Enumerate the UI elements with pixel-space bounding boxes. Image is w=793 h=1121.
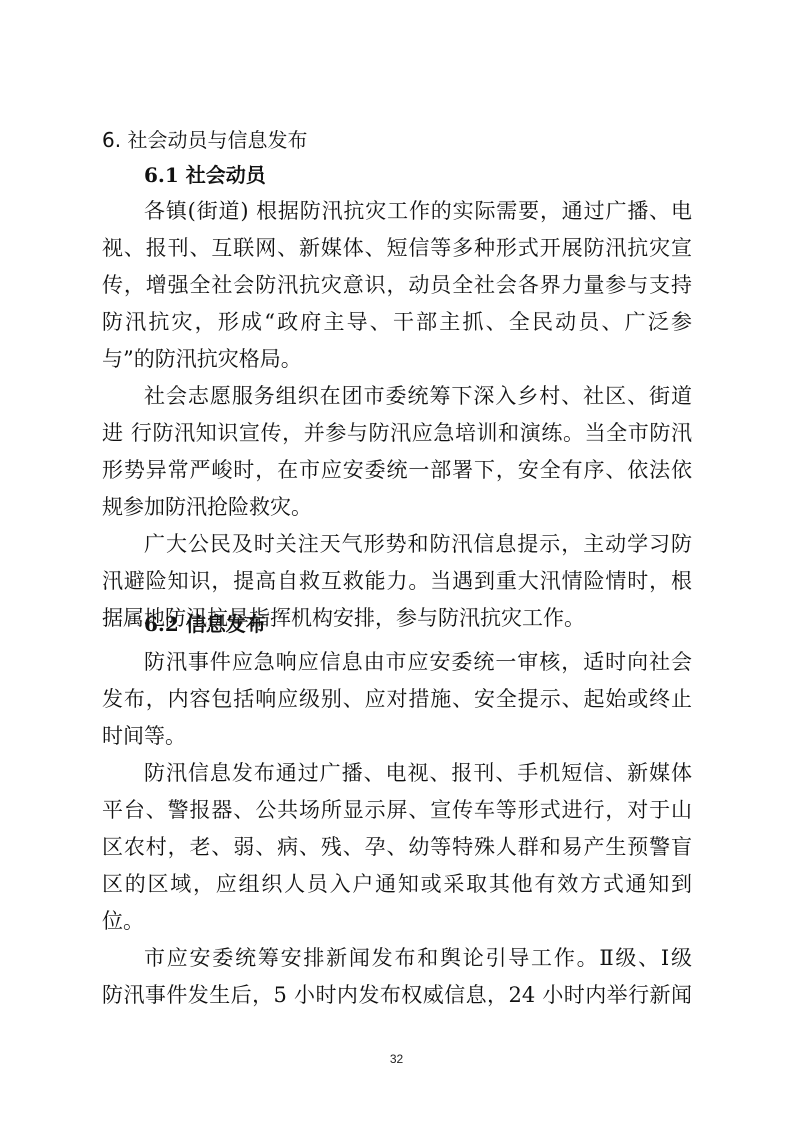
section-title-6-1: 6.1 社会动员 [102,159,692,191]
paragraph-line: 各镇(街道) 根据防汛抗灾工作的实际需要，通过广播、电 [102,195,692,227]
paragraph-line: 形势异常严峻时，在市应安委统一部署下，安全有序、依法依 [102,454,692,486]
paragraph-line: 广大公民及时关注天气形势和防汛信息提示，主动学习防 [102,528,692,560]
paragraph-line: 与”的防汛抗灾格局。 [102,343,692,375]
paragraph-line: 位。 [102,905,692,937]
paragraph-line: 区农村，老、弱、病、残、孕、幼等特殊人群和易产生预警盲 [102,831,692,863]
chapter-heading: 6. 社会动员与信息发布 [102,124,692,156]
paragraph-line: 社会志愿服务组织在团市委统筹下深入乡村、社区、街道 [102,380,692,412]
section-title-6-2: 6.2 信息发布 [102,608,692,640]
paragraph-line: 汛避险知识，提高自救互救能力。当遇到重大汛情险情时，根 [102,565,692,597]
paragraph-line: 防汛抗灾，形成“政府主导、干部主抓、全民动员、广泛参 [102,306,692,338]
paragraph-line: 规参加防汛抢险救灾。 [102,491,692,523]
paragraph-line: 防汛事件应急响应信息由市应安委统一审核，适时向社会 [102,646,692,678]
paragraph-line: 视、报刊、互联网、新媒体、短信等多种形式开展防汛抗灾宣 [102,232,692,264]
paragraph-line: 传，增强全社会防汛抗灾意识，动员全社会各界力量参与支持 [102,269,692,301]
page-number: 32 [0,1052,793,1066]
paragraph-line: 防汛信息发布通过广播、电视、报刊、手机短信、新媒体 [102,757,692,789]
paragraph-line: 区的区域，应组织人员入户通知或采取其他有效方式通知到 [102,868,692,900]
paragraph-line: 防汛事件发生后，5 小时内发布权威信息，24 小时内举行新闻 [102,979,692,1011]
paragraph-line: 时间等。 [102,720,692,752]
paragraph-line: 发布，内容包括响应级别、应对措施、安全提示、起始或终止 [102,683,692,715]
paragraph-line: 进 行防汛知识宣传，并参与防汛应急培训和演练。当全市防汛 [102,417,692,449]
paragraph-line: 市应安委统筹安排新闻发布和舆论引导工作。Ⅱ级、Ⅰ级 [102,942,692,974]
paragraph-line: 平台、警报器、公共场所显示屏、宣传车等形式进行，对于山 [102,794,692,826]
